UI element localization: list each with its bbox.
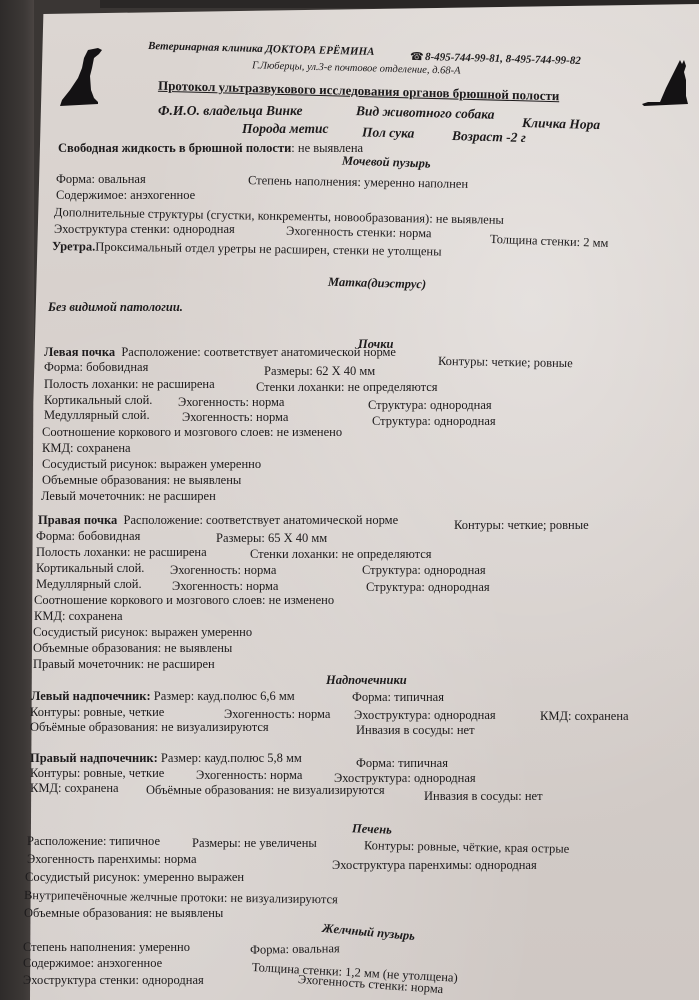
left-kidney-position: Расположение: соответствует анатомическо… bbox=[121, 345, 396, 359]
left-kidney-size: Размеры: 62 X 40 мм bbox=[264, 364, 375, 378]
right-adrenal-kmd: КМД: сохранена bbox=[30, 781, 119, 795]
left-adrenal-row: Левый надпочечник: Размер: кауд.полюс 6,… bbox=[31, 689, 295, 703]
animal-name: Кличка Нора bbox=[522, 116, 600, 132]
right-kidney-medulla-structure: Структура: однородная bbox=[366, 580, 490, 594]
left-kidney-cortex-echo: Эхогенность: норма bbox=[178, 395, 284, 409]
left-adrenal-size: Размер: кауд.полюс 6,6 мм bbox=[154, 689, 295, 703]
right-kidney-ratio: Соотношение коркового и мозгового слоев:… bbox=[34, 593, 334, 607]
right-kidney-position: Расположение: соответствует анатомическо… bbox=[124, 513, 399, 527]
right-kidney-medulla-echo: Эхогенность: норма bbox=[172, 579, 278, 593]
background-surface bbox=[0, 0, 34, 1000]
left-adrenal-echo: Эхогенность: норма bbox=[224, 707, 330, 721]
left-kidney-kmd: КМД: сохранена bbox=[42, 441, 131, 455]
left-kidney-medulla: Медуллярный слой. bbox=[44, 408, 150, 422]
right-kidney-size: Размеры: 65 X 40 мм bbox=[216, 531, 327, 545]
right-kidney-medulla: Медуллярный слой. bbox=[36, 577, 142, 591]
bladder-content: Содержимое: анэхогенное bbox=[56, 188, 195, 202]
right-adrenal-echo: Эхогенность: норма bbox=[196, 768, 302, 782]
liver-size: Размеры: не увеличены bbox=[192, 836, 317, 850]
liver-structure: Эхоструктура паренхимы: однородная bbox=[332, 858, 537, 872]
right-adrenal-size: Размер: кауд.полюс 5,8 мм bbox=[161, 751, 302, 765]
left-kidney-masses: Объемные образования: не выявлены bbox=[42, 473, 241, 487]
gallbladder-wall-structure: Эхоструктура стенки: однородная bbox=[23, 973, 204, 987]
left-kidney-vascular: Сосудистый рисунок: выражен умеренно bbox=[42, 457, 261, 471]
cat-silhouette-icon bbox=[640, 58, 690, 108]
left-kidney-shape: Форма: бобовидная bbox=[44, 360, 148, 374]
right-kidney-contours: Контуры: четкие; ровные bbox=[454, 518, 589, 532]
left-kidney-ureter: Левый мочеточник: не расширен bbox=[41, 489, 216, 503]
section-heading-liver: Печень bbox=[352, 821, 392, 836]
right-kidney-masses: Объемные образования: не выявлены bbox=[33, 641, 232, 655]
right-kidney-shape: Форма: бобовидная bbox=[36, 529, 140, 543]
uterus-text: Без видимой патологии. bbox=[48, 300, 183, 314]
animal-age: Возраст -2 г bbox=[452, 129, 526, 145]
left-adrenal-kmd: КМД: сохранена bbox=[540, 709, 629, 723]
liver-position: Расположение: типичное bbox=[27, 834, 160, 848]
right-adrenal-shape: Форма: типичная bbox=[356, 756, 448, 770]
left-kidney-pelvis-walls: Стенки лоханки: не определяются bbox=[256, 380, 438, 394]
bladder-wall-structure: Эхоструктура стенки: однородная bbox=[54, 222, 235, 236]
left-adrenal-contours: Контуры: ровные, четкие bbox=[30, 705, 164, 719]
left-kidney-cortex-structure: Структура: однородная bbox=[368, 398, 492, 412]
animal-sex: Пол сука bbox=[362, 125, 415, 140]
right-kidney-cortex-structure: Структура: однородная bbox=[362, 563, 486, 577]
free-fluid-label: Свободная жидкость в брюшной полости bbox=[58, 141, 291, 155]
left-adrenal-label: Левый надпочечник: bbox=[31, 689, 151, 703]
animal-breed: Порода метис bbox=[242, 122, 328, 136]
left-adrenal-structure: Эхоструктура: однородная bbox=[354, 708, 496, 722]
gallbladder-fill: Степень наполнения: умеренно bbox=[23, 940, 190, 954]
right-adrenal-contours: Контуры: ровные, четкие bbox=[30, 766, 164, 780]
left-kidney-pelvis: Полость лоханки: не расширена bbox=[44, 377, 215, 391]
free-fluid-row: Свободная жидкость в брюшной полости: не… bbox=[58, 141, 363, 155]
left-kidney-row: Левая почка Расположение: соответствует … bbox=[44, 345, 396, 359]
right-kidney-cortex-echo: Эхогенность: норма bbox=[170, 563, 276, 577]
left-kidney-contours: Контуры: четкие; ровные bbox=[438, 354, 573, 370]
right-adrenal-label: Правый надпочечник: bbox=[30, 751, 158, 765]
right-kidney-pelvis-walls: Стенки лоханки: не определяются bbox=[250, 547, 432, 561]
left-kidney-medulla-echo: Эхогенность: норма bbox=[182, 410, 288, 424]
left-adrenal-invasion: Инвазия в сосуды: нет bbox=[356, 723, 475, 737]
phone-icon: ☎ bbox=[410, 50, 424, 64]
right-kidney-ureter: Правый мочеточник: не расширен bbox=[33, 657, 215, 671]
left-adrenal-masses: Объёмные образования: не визуализируются bbox=[30, 720, 269, 734]
right-adrenal-row: Правый надпочечник: Размер: кауд.полюс 5… bbox=[30, 751, 302, 765]
liver-echo: Эхогенность паренхимы: норма bbox=[27, 852, 197, 866]
left-kidney-label: Левая почка bbox=[44, 345, 115, 359]
right-kidney-kmd: КМД: сохранена bbox=[34, 609, 123, 623]
left-kidney-ratio: Соотношение коркового и мозгового слоев:… bbox=[42, 425, 342, 439]
gallbladder-shape: Форма: овальная bbox=[250, 941, 340, 957]
left-adrenal-shape: Форма: типичная bbox=[352, 690, 444, 704]
right-kidney-label: Правая почка bbox=[38, 513, 117, 527]
bladder-shape: Форма: овальная bbox=[56, 172, 146, 186]
right-kidney-vascular: Сосудистый рисунок: выражен умеренно bbox=[33, 625, 252, 639]
right-kidney-row: Правая почка Расположение: соответствует… bbox=[38, 513, 398, 527]
right-kidney-pelvis: Полость лоханки: не расширена bbox=[36, 545, 207, 559]
right-adrenal-invasion: Инвазия в сосуды: нет bbox=[424, 789, 543, 803]
dog-silhouette-icon bbox=[58, 46, 104, 108]
section-heading-uterus: Матка(диэструс) bbox=[328, 275, 426, 292]
gallbladder-content: Содержимое: анэхогенное bbox=[23, 956, 162, 970]
liver-vascular: Сосудистый рисунок: умеренно выражен bbox=[25, 870, 244, 884]
right-adrenal-masses: Объёмные образования: не визуализируются bbox=[146, 783, 385, 797]
bladder-wall-echo: Эхогенность стенки: норма bbox=[286, 224, 432, 241]
right-kidney-cortex: Кортикальный слой. bbox=[36, 561, 144, 575]
left-kidney-medulla-structure: Структура: однородная bbox=[372, 414, 496, 428]
urethra-label: Уретра. bbox=[52, 239, 95, 254]
section-heading-adrenals: Надпочечники bbox=[326, 673, 407, 687]
liver-masses: Объемные образования: не выявлены bbox=[24, 906, 223, 920]
owner-name: Ф.И.О. владельца Винке bbox=[158, 104, 302, 118]
left-kidney-cortex: Кортикальный слой. bbox=[44, 393, 152, 407]
